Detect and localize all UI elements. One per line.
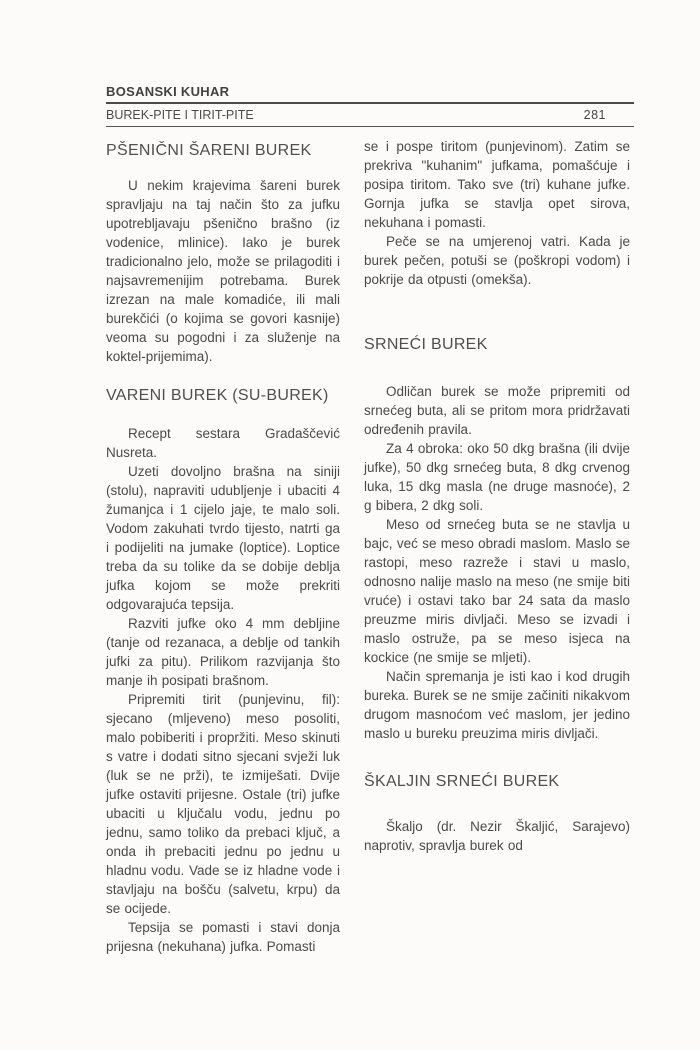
paragraph: Uzeti dovoljno brašna na siniji (stolu),… [106, 462, 340, 614]
left-column: PŠENIČNI ŠARENI BUREK U nekim krajevima … [106, 137, 340, 956]
scanned-book-page: BOSANSKI KUHAR BUREK-PITE I TIRIT-PITE 2… [0, 0, 700, 1050]
paragraph: Odličan burek se može pripremiti od srne… [364, 382, 630, 439]
right-column: se i pospe tiritom (punjevinom). Zatim s… [364, 137, 630, 956]
paragraph: Za 4 obroka: oko 50 dkg brašna (ili dvij… [364, 439, 630, 515]
paragraph: Recept sestara Gradaščević Nusreta. [106, 424, 340, 462]
paragraph: Tepsija se pomasti i stavi donja prijesn… [106, 918, 340, 956]
book-title: BOSANSKI KUHAR [106, 84, 634, 102]
paragraph-continuation: se i pospe tiritom (punjevinom). Zatim s… [364, 137, 630, 232]
two-column-text: PŠENIČNI ŠARENI BUREK U nekim krajevima … [106, 137, 634, 956]
paragraph: U nekim krajevima šareni burek spravljaj… [106, 176, 340, 366]
page-header: BOSANSKI KUHAR BUREK-PITE I TIRIT-PITE 2… [106, 84, 634, 127]
section-heading-srneci-burek: SRNEĆI BUREK [364, 335, 630, 355]
paragraph: Meso od srnećeg buta se ne stavlja u baj… [364, 515, 630, 667]
chapter-row: BUREK-PITE I TIRIT-PITE 281 [106, 104, 634, 126]
page-content: BOSANSKI KUHAR BUREK-PITE I TIRIT-PITE 2… [106, 84, 634, 956]
section-heading-skaljin-srneci-burek: ŠKALJIN SRNEĆI BUREK [364, 772, 630, 792]
page-number: 281 [584, 108, 634, 122]
paragraph: Razviti jufke oko 4 mm debljine (tanje o… [106, 614, 340, 690]
paragraph: Škaljo (dr. Nezir Škaljić, Sarajevo) nap… [364, 817, 630, 855]
section-heading-vareni-burek: VARENI BUREK (SU-BUREK) [106, 386, 340, 406]
section-heading-psenicni-sareni-burek: PŠENIČNI ŠARENI BUREK [106, 141, 340, 161]
header-rule-bottom [106, 126, 634, 127]
paragraph: Peče se na umjerenoj vatri. Kada je bure… [364, 232, 630, 289]
chapter-title: BUREK-PITE I TIRIT-PITE [106, 108, 254, 122]
paragraph: Način spremanja je isti kao i kod drugih… [364, 667, 630, 743]
paragraph: Pripremiti tirit (punjevinu, fil): sjeca… [106, 690, 340, 918]
